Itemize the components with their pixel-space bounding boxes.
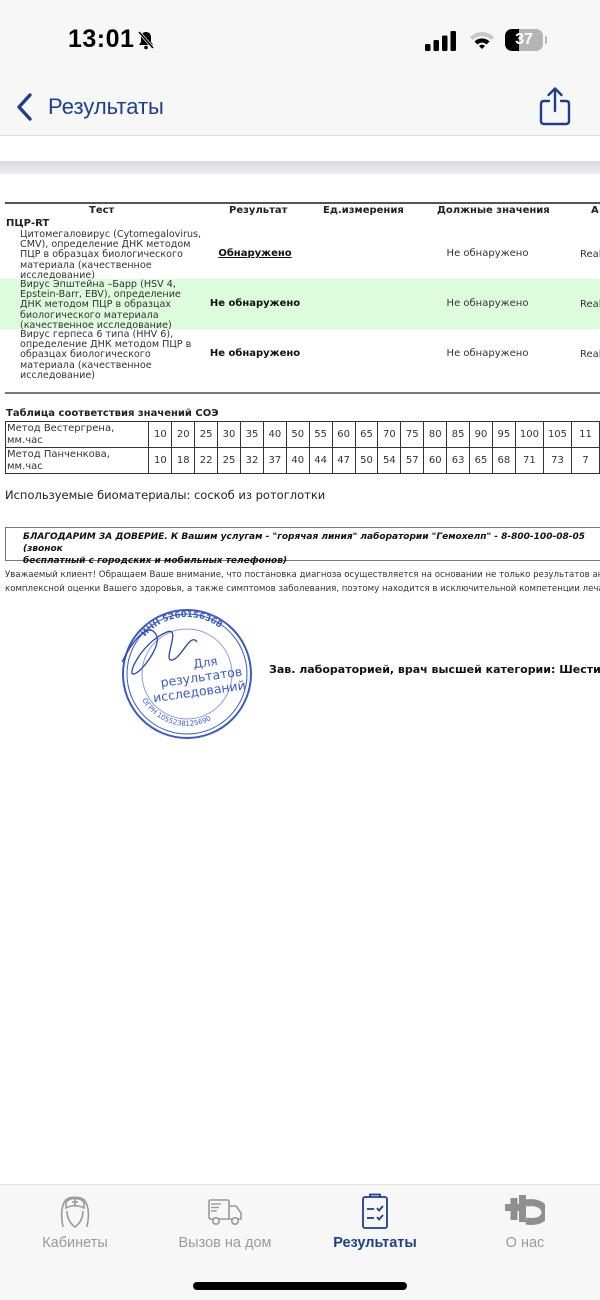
esr-value: 80 bbox=[424, 422, 447, 448]
esr-value: 25 bbox=[218, 448, 241, 474]
disclaimer-line-1: Уважаемый клиент! Обращаем Ваше внимание… bbox=[5, 568, 600, 582]
esr-value: 50 bbox=[355, 448, 378, 474]
disclaimer-line-2: комплексной оценки Вашего здоровья, а та… bbox=[5, 582, 600, 596]
home-indicator bbox=[193, 1282, 407, 1290]
battery-indicator: 37 bbox=[505, 29, 547, 51]
header-test: Тест bbox=[89, 205, 114, 216]
share-icon[interactable] bbox=[538, 86, 572, 126]
tab-label: Кабинеты bbox=[0, 1235, 150, 1251]
result-test-name: Вирус герпеса 6 типа (HHV 6), определени… bbox=[20, 330, 205, 381]
esr-value: 90 bbox=[470, 422, 493, 448]
status-bar: 13:01 37 bbox=[0, 0, 600, 80]
esr-row-westergren: Метод Вестергрена, мм.час 10202530354050… bbox=[6, 422, 600, 448]
result-norm: Не обнаружено bbox=[430, 248, 545, 259]
esr-value: 60 bbox=[332, 422, 355, 448]
esr-value: 25 bbox=[195, 422, 218, 448]
header-result: Результат bbox=[229, 205, 287, 216]
pdf-document[interactable]: Тест Результат Ед.измерения Должные знач… bbox=[0, 174, 600, 1184]
esr-value: 65 bbox=[355, 422, 378, 448]
esr-value: 55 bbox=[309, 422, 332, 448]
tab-bar: Кабинеты Вызов на дом Результаты bbox=[0, 1184, 600, 1300]
esr-table: Метод Вестергрена, мм.час 10202530354050… bbox=[5, 421, 600, 474]
header-unit: Ед.измерения bbox=[323, 205, 404, 216]
esr-value: 54 bbox=[378, 448, 401, 474]
signature bbox=[122, 630, 197, 674]
esr-value: 47 bbox=[332, 448, 355, 474]
esr-value: 65 bbox=[470, 448, 493, 474]
disclaimer-text: Уважаемый клиент! Обращаем Ваше внимание… bbox=[5, 568, 600, 596]
result-method: Real bbox=[580, 249, 600, 260]
wifi-icon bbox=[469, 30, 495, 50]
result-test-name: Вирус Эпштейна –Барр (HSV 4, Epstein-Bar… bbox=[20, 280, 205, 331]
hotline-line-2: бесплатный с городских и мобильных телеф… bbox=[23, 555, 600, 567]
esr-row-panchenkov: Метод Панченкова, мм.час 101822253237404… bbox=[6, 448, 600, 474]
result-row: Вирус герпеса 6 типа (HHV 6), определени… bbox=[0, 329, 600, 379]
esr-value: 10 bbox=[149, 448, 172, 474]
esr-value: 10 bbox=[149, 422, 172, 448]
esr-row-label: Метод Панченкова, мм.час bbox=[6, 448, 149, 474]
results-table-bottom-rule bbox=[5, 392, 600, 394]
esr-value: 32 bbox=[241, 448, 264, 474]
result-row: Цитомегаловирус (Cytomegalovirus, CMV), … bbox=[0, 229, 600, 279]
document-top-space bbox=[0, 137, 600, 161]
battery-percent: 37 bbox=[505, 29, 543, 51]
esr-value: 100 bbox=[515, 422, 543, 448]
esr-value: 44 bbox=[309, 448, 332, 474]
esr-value: 40 bbox=[263, 422, 286, 448]
result-value: Обнаружено bbox=[195, 248, 315, 259]
nurse-icon bbox=[55, 1191, 95, 1231]
esr-value: 95 bbox=[492, 422, 515, 448]
hotline-line-1: БЛАГОДАРИМ ЗА ДОВЕРИЕ. К Вашим услугам -… bbox=[23, 531, 600, 555]
esr-value: 57 bbox=[401, 448, 424, 474]
esr-value: 85 bbox=[447, 422, 470, 448]
back-label: Результаты bbox=[48, 94, 164, 120]
delivery-truck-icon bbox=[205, 1191, 245, 1231]
tab-cabinets[interactable]: Кабинеты bbox=[0, 1185, 150, 1259]
result-norm: Не обнаружено bbox=[430, 298, 545, 309]
bell-slash-icon bbox=[136, 30, 156, 50]
biomaterial-text: Используемые биоматериалы: соскоб из рот… bbox=[5, 488, 325, 502]
result-norm: Не обнаружено bbox=[430, 348, 545, 359]
esr-value: 71 bbox=[515, 448, 543, 474]
tab-label: О нас bbox=[450, 1235, 600, 1251]
navigation-bar: Результаты bbox=[0, 80, 600, 136]
lab-stamp: ИНН 5260156368 ОГРН 1055238125690 Для ре… bbox=[112, 602, 262, 742]
esr-value: 68 bbox=[492, 448, 515, 474]
tab-about[interactable]: О нас bbox=[450, 1185, 600, 1259]
header-norm: Должные значения bbox=[437, 205, 550, 216]
result-method: Real bbox=[580, 349, 600, 360]
esr-value: 105 bbox=[543, 422, 571, 448]
group-label: ПЦР-RT bbox=[6, 218, 49, 229]
esr-value: 40 bbox=[286, 448, 309, 474]
tab-label: Результаты bbox=[300, 1235, 450, 1251]
result-row: Вирус Эпштейна –Барр (HSV 4, Epstein-Bar… bbox=[0, 279, 600, 329]
result-test-name: Цитомегаловирус (Cytomegalovirus, CMV), … bbox=[20, 230, 205, 281]
esr-value: 7 bbox=[572, 448, 600, 474]
esr-row-label: Метод Вестергрена, мм.час bbox=[6, 422, 149, 448]
esr-value: 22 bbox=[195, 448, 218, 474]
results-table-header: Тест Результат Ед.измерения Должные знач… bbox=[5, 202, 600, 216]
esr-value: 70 bbox=[378, 422, 401, 448]
esr-value: 37 bbox=[263, 448, 286, 474]
esr-value: 73 bbox=[543, 448, 571, 474]
back-button[interactable]: Результаты bbox=[14, 90, 164, 124]
cellular-signal-icon bbox=[425, 31, 457, 51]
esr-value: 30 bbox=[218, 422, 241, 448]
esr-value: 18 bbox=[172, 448, 195, 474]
status-time: 13:01 bbox=[68, 25, 134, 54]
hotline-notice: БЛАГОДАРИМ ЗА ДОВЕРИЕ. К Вашим услугам -… bbox=[5, 527, 600, 561]
result-method: Real bbox=[580, 299, 600, 310]
signatory-text: Зав. лабораторией, врач высшей категории… bbox=[269, 663, 600, 676]
header-method: А bbox=[591, 205, 599, 216]
result-value: Не обнаружено bbox=[195, 348, 315, 359]
esr-value: 50 bbox=[286, 422, 309, 448]
esr-value: 60 bbox=[424, 448, 447, 474]
esr-table-title: Таблица соответствия значений СОЭ bbox=[6, 408, 219, 419]
esr-value: 20 bbox=[172, 422, 195, 448]
tab-home-visit[interactable]: Вызов на дом bbox=[150, 1185, 300, 1259]
esr-value: 35 bbox=[241, 422, 264, 448]
brand-logo-icon bbox=[505, 1191, 545, 1231]
chevron-left-icon bbox=[14, 92, 36, 122]
result-value: Не обнаружено bbox=[195, 298, 315, 309]
tab-label: Вызов на дом bbox=[150, 1235, 300, 1251]
esr-value: 11 bbox=[572, 422, 600, 448]
clipboard-check-icon bbox=[355, 1191, 395, 1231]
tab-results[interactable]: Результаты bbox=[300, 1185, 450, 1259]
page-separator bbox=[0, 161, 600, 174]
esr-value: 63 bbox=[447, 448, 470, 474]
esr-value: 75 bbox=[401, 422, 424, 448]
